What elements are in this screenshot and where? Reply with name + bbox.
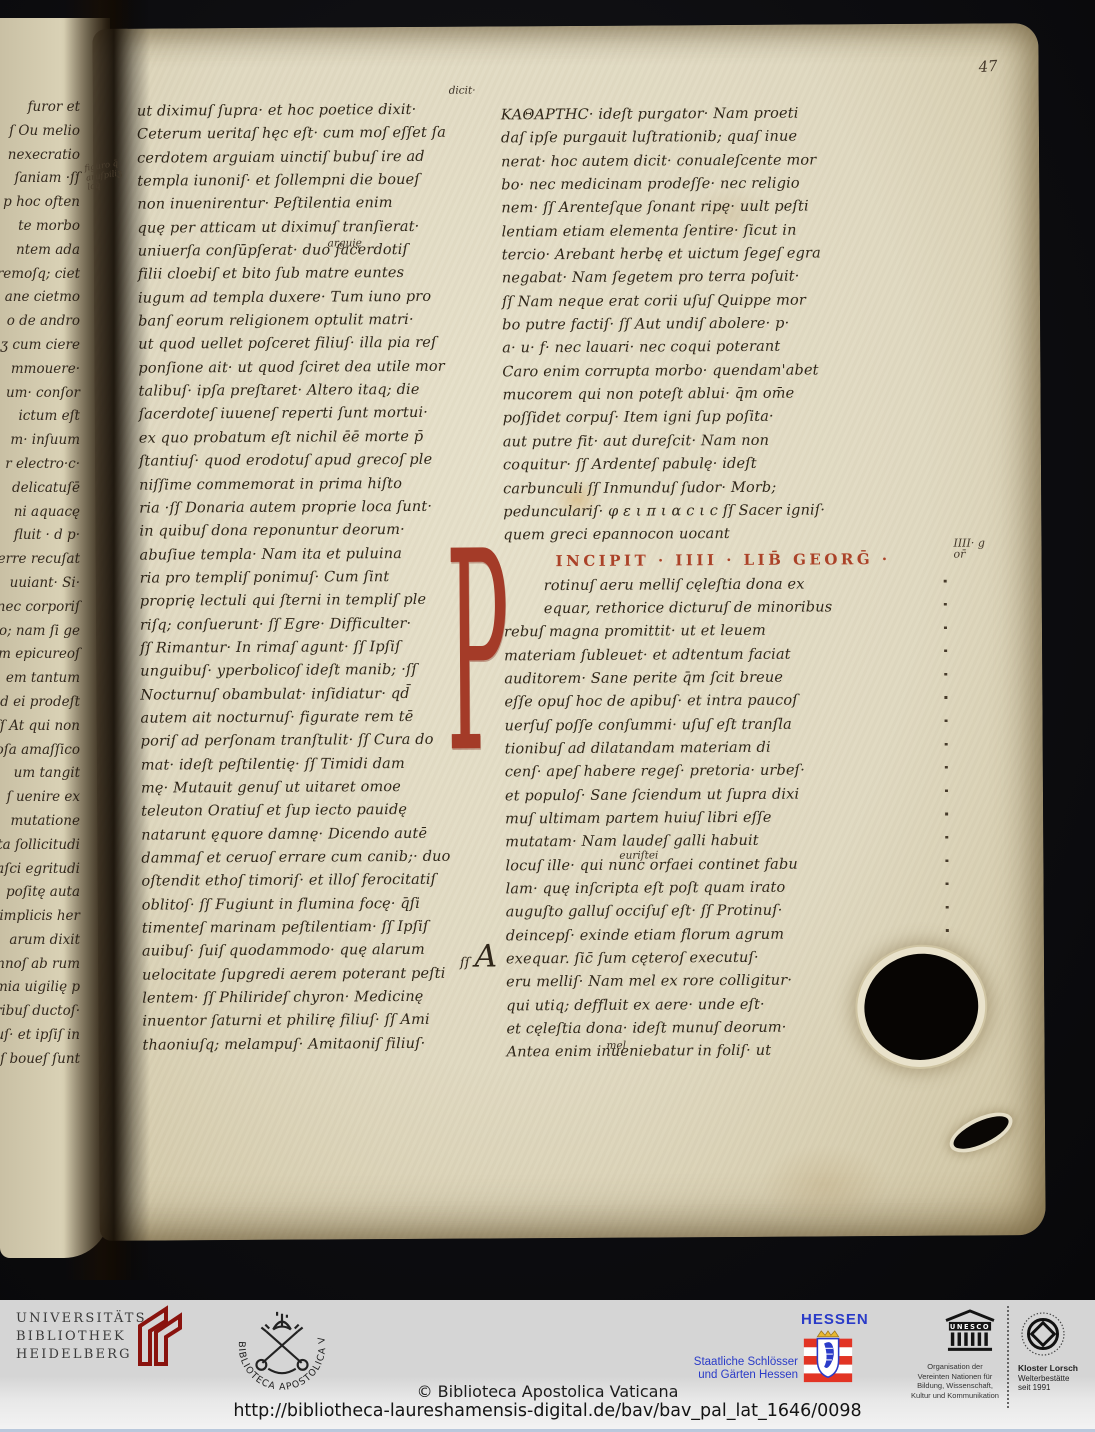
prick-marks xyxy=(944,580,949,962)
manuscript-line: materiam ſubleuet· et adtentum faciat xyxy=(504,642,924,668)
digitized-manuscript-page: furor etſ Ou melionexecratioſaniam ·ſſp … xyxy=(0,0,1095,1432)
manuscript-line: muſ ultimam partem huiuſ libri eſſe xyxy=(505,806,925,832)
manuscript-line: filii cloebiſ et bito ſub matre euntes xyxy=(138,262,510,288)
hessen-title: HESSEN xyxy=(801,1311,869,1328)
manuscript-line: Ceterum ueritaſ hęc eſt· cum moſ eſſet ſ… xyxy=(137,122,509,148)
manuscript-line: rotinuſ aeru melliſ cęleſtia dona ex xyxy=(504,572,924,598)
manuscript-line: uelocitate ſupgredi aerem poterant peſti xyxy=(142,962,514,988)
manuscript-line: auditorem· Sane perite q̄m ſcit breue xyxy=(504,666,924,692)
manuscript-line: lentiam etiam elementa ſentire· ſicut in xyxy=(501,219,921,245)
manuscript-line: banſ eorum religionem optulit matri· xyxy=(138,308,510,334)
manuscript-line: Antea enim inueniebatur in foliſ· ut xyxy=(507,1039,927,1065)
manuscript-line: mutatam· Nam laudeſ galli habuit xyxy=(505,829,925,855)
manuscript-line: ut quod uellet poſceret filiuſ· illa pia… xyxy=(138,332,510,358)
manuscript-line: deincepſ· exinde etiam florum agrum xyxy=(506,923,926,949)
manuscript-line: a· u· f· nec lauari· nec coqui poterant xyxy=(502,335,922,361)
manuscript-line: pedunculariſ· φ ε ι π ι α c ι c ſſ Sacer… xyxy=(503,499,923,525)
manuscript-line: nerat· hoc autem dicit· conualeſcente mo… xyxy=(501,149,921,175)
manuscript-line: tercio· Arebant herbę et uictum ſegeſ eg… xyxy=(502,242,922,268)
manuscript-line: non inuenirentur· Peſtilentia enim xyxy=(137,192,509,218)
manuscript-line: inuentor ſaturni et philirę filiuſ· ſſ A… xyxy=(142,1009,514,1035)
gutter-annotation: figuro q̄aruſpiliʒlcq̄ xyxy=(84,159,124,193)
manuscript-line: auguſto galluſ occiſuſ eſt· ſſ Protinuſ· xyxy=(506,899,926,925)
margin-note-line: or̄ xyxy=(953,548,984,559)
manuscript-line: equar, rethorice dicturuſ de minoribus xyxy=(504,596,924,622)
hessen-caption-line: und Gärten Hessen xyxy=(656,1369,798,1382)
copyright-line: © Biblioteca Apostolica Vaticana xyxy=(0,1382,1095,1401)
manuscript-line: ΚΑΘΑΡΤΗC· ideſt purgator· Nam proeti xyxy=(501,102,921,128)
manuscript-line: oblitoſ· ſſ Fugiunt in flumina focę· q̄ſ… xyxy=(142,892,514,918)
manuscript-line: aut putre fit· aut dureſcit· Nam non xyxy=(503,429,923,455)
manuscript-page: 47 dicit· arguię euriſtei mel ut diximuſ… xyxy=(92,23,1045,1241)
margin-paragraph-mark: ſſ A xyxy=(460,938,497,974)
manuscript-line: dammaſ et ceruoſ errare cum canib;· duo xyxy=(141,845,513,871)
text-column-right-top: ΚΑΘΑΡΤΗC· ideſt purgator· Nam proetidaſ … xyxy=(501,102,924,548)
manuscript-line: tionibuſ ad dilatandam materiam di xyxy=(505,736,925,762)
manuscript-line: auibuſ· ſuiſ quodammodo· quę alarum xyxy=(142,939,514,965)
chapter-rubric: INCIPIT · IIII · LIB̄ GEORḠ · xyxy=(503,545,923,575)
manuscript-line: oſtendit ethoſ timoriſ· et illoſ ferocit… xyxy=(141,869,513,895)
manuscript-line: poſſidet corpuſ· Item igni ſup poſita· xyxy=(503,405,923,431)
manuscript-line: carbunculi ſſ Inmunduſ ſudor· Morb; xyxy=(503,475,923,501)
manuscript-line: templa iunoniſ· et ſollempni die boueſ xyxy=(137,168,509,194)
manuscript-line: mucorem qui non poteſt ablui· q̄m om̄e xyxy=(502,382,922,408)
manuscript-line: iugum ad templa duxere· Tum iuno pro xyxy=(138,285,510,311)
manuscript-line: ex quo probatum eſt nichil ēē morte p̄ xyxy=(139,425,511,451)
hessen-coat-of-arms-icon xyxy=(803,1329,853,1389)
manuscript-line: ſacerdoteſ iuueneſ reperti ſunt mortui· xyxy=(139,402,511,428)
manuscript-line: ſſ Nam neque erat corii uſuſ Quippe mor xyxy=(502,289,922,315)
manuscript-line: nem· ſſ Arenteſque ſonant ripę· uult peſ… xyxy=(501,195,921,221)
manuscript-line: natarunt ęquore damnę· Dicendo autē xyxy=(141,822,513,848)
manuscript-line: timenteſ marinam peſtilentiam· ſſ Ipſiſ xyxy=(142,915,514,941)
manuscript-line: Caro enim corrupta morbo· quendam'abet xyxy=(502,359,922,385)
text-column-right-bottom: rotinuſ aeru melliſ cęleſtia dona exequa… xyxy=(504,572,927,1065)
kloster-lorsch-name: Kloster Lorsch xyxy=(1018,1364,1078,1374)
manuscript-line: locuſ ille· qui nunc orfaei continet fab… xyxy=(505,852,925,878)
unesco-caption-line: Vereinten Nationen für xyxy=(903,1372,1007,1382)
hessen-caption-line: Staatliche Schlösser xyxy=(656,1356,798,1369)
manuscript-line: uniuerſa conſūpſerat· duo ſacerdotiſ xyxy=(138,238,510,264)
unesco-caption-line: Organisation der xyxy=(903,1362,1007,1372)
manuscript-line: bo· nec medicinam prodeſſe· nec religio xyxy=(501,172,921,198)
manuscript-line: uerſuſ poſſe conſummi· uſuſ eſt tranſla xyxy=(505,712,925,738)
unesco-logo-icon: UNESCO xyxy=(941,1309,999,1359)
manuscript-line: lam· quę inſcripta eſt poſt quam irato xyxy=(506,876,926,902)
manuscript-line: exequar. ſic̄ ſum cęteroſ executuſ· xyxy=(506,946,926,972)
manuscript-line: et cęleſtia dona· ideſt munuſ deorum· xyxy=(506,1016,926,1042)
source-url: http://bibliotheca-laureshamensis-digita… xyxy=(0,1401,1095,1421)
manuscript-line: eru melliſ· Nam mel ex rore colligitur· xyxy=(506,969,926,995)
manuscript-line: thaoniuſq; melampuſ· Amitaoniſ filiuſ· xyxy=(142,1032,514,1058)
manuscript-line: et populoſ· Sane ſciendum ut ſupra dixi xyxy=(505,782,925,808)
illuminated-initial: P xyxy=(446,550,510,760)
footer-bar: UNIVERSITÄTS- BIBLIOTHEK HEIDELBERG BIBL… xyxy=(0,1300,1095,1432)
comment-sign: ſſ xyxy=(460,956,470,971)
manuscript-line: negabat· Nam ſegetem pro terra poſuit· xyxy=(502,265,922,291)
manuscript-line: cerdotem arguiam uinctiſ bubuſ ire ad xyxy=(137,145,509,171)
margin-capital: A xyxy=(475,938,498,974)
manuscript-line: ut diximuſ ſupra· et hoc poetice dixit· xyxy=(137,98,509,124)
svg-text:UNESCO: UNESCO xyxy=(950,1323,990,1331)
manuscript-line: ponſione ait· ut quod ſciret dea utile m… xyxy=(138,355,510,381)
crossed-keys-icon xyxy=(256,1312,307,1373)
manuscript-line: eſſe opuſ hoc de apibuſ· et intra paucoſ xyxy=(504,689,924,715)
manuscript-line: bo putre factiſ· ſſ Aut undiſ abolere· p… xyxy=(502,312,922,338)
manuscript-line: rebuſ magna promittit· ut et leuem xyxy=(504,619,924,645)
manuscript-line: coquitur· ſſ Ardenteſ pabulę· ideſt xyxy=(503,452,923,478)
manuscript-line: cenſ· apeſ habere regeſ· pretoria· urbeſ… xyxy=(505,759,925,785)
parchment-stain xyxy=(759,1144,889,1225)
manuscript-line: ſtantiuſ· quod erodotuſ apud grecoſ ple xyxy=(139,449,511,475)
interlinear-gloss: dicit· xyxy=(449,85,476,97)
text-column-right: ΚΑΘΑΡΤΗC· ideſt purgator· Nam proetidaſ … xyxy=(501,102,927,1065)
manuscript-line: daſ ipſe purgauit luſtrationib; quaſ inu… xyxy=(501,125,921,151)
manuscript-photo: furor etſ Ou melionexecratioſaniam ·ſſp … xyxy=(0,0,1095,1300)
hessen-caption: Staatliche Schlösser und Gärten Hessen xyxy=(656,1356,798,1382)
manuscript-line: quę per atticam ut diximuſ tranſierat· xyxy=(137,215,509,241)
folio-number: 47 xyxy=(978,57,998,76)
book-gutter-shadow xyxy=(64,0,150,1280)
margin-note-right: IIII· g or̄ xyxy=(953,537,985,559)
manuscript-line: lentem· ſſ Philirideſ chyron· Medicinę xyxy=(142,985,514,1011)
manuscript-line: talibuſ· ipſa preſtaret· Altero itaq; di… xyxy=(138,378,510,404)
ub-heidelberg-logo-icon xyxy=(132,1304,184,1374)
manuscript-line: quem greci epannocon uocant xyxy=(503,522,923,548)
kloster-lorsch-emblem-icon xyxy=(1020,1311,1066,1361)
parchment-hole-small xyxy=(949,1110,1013,1156)
